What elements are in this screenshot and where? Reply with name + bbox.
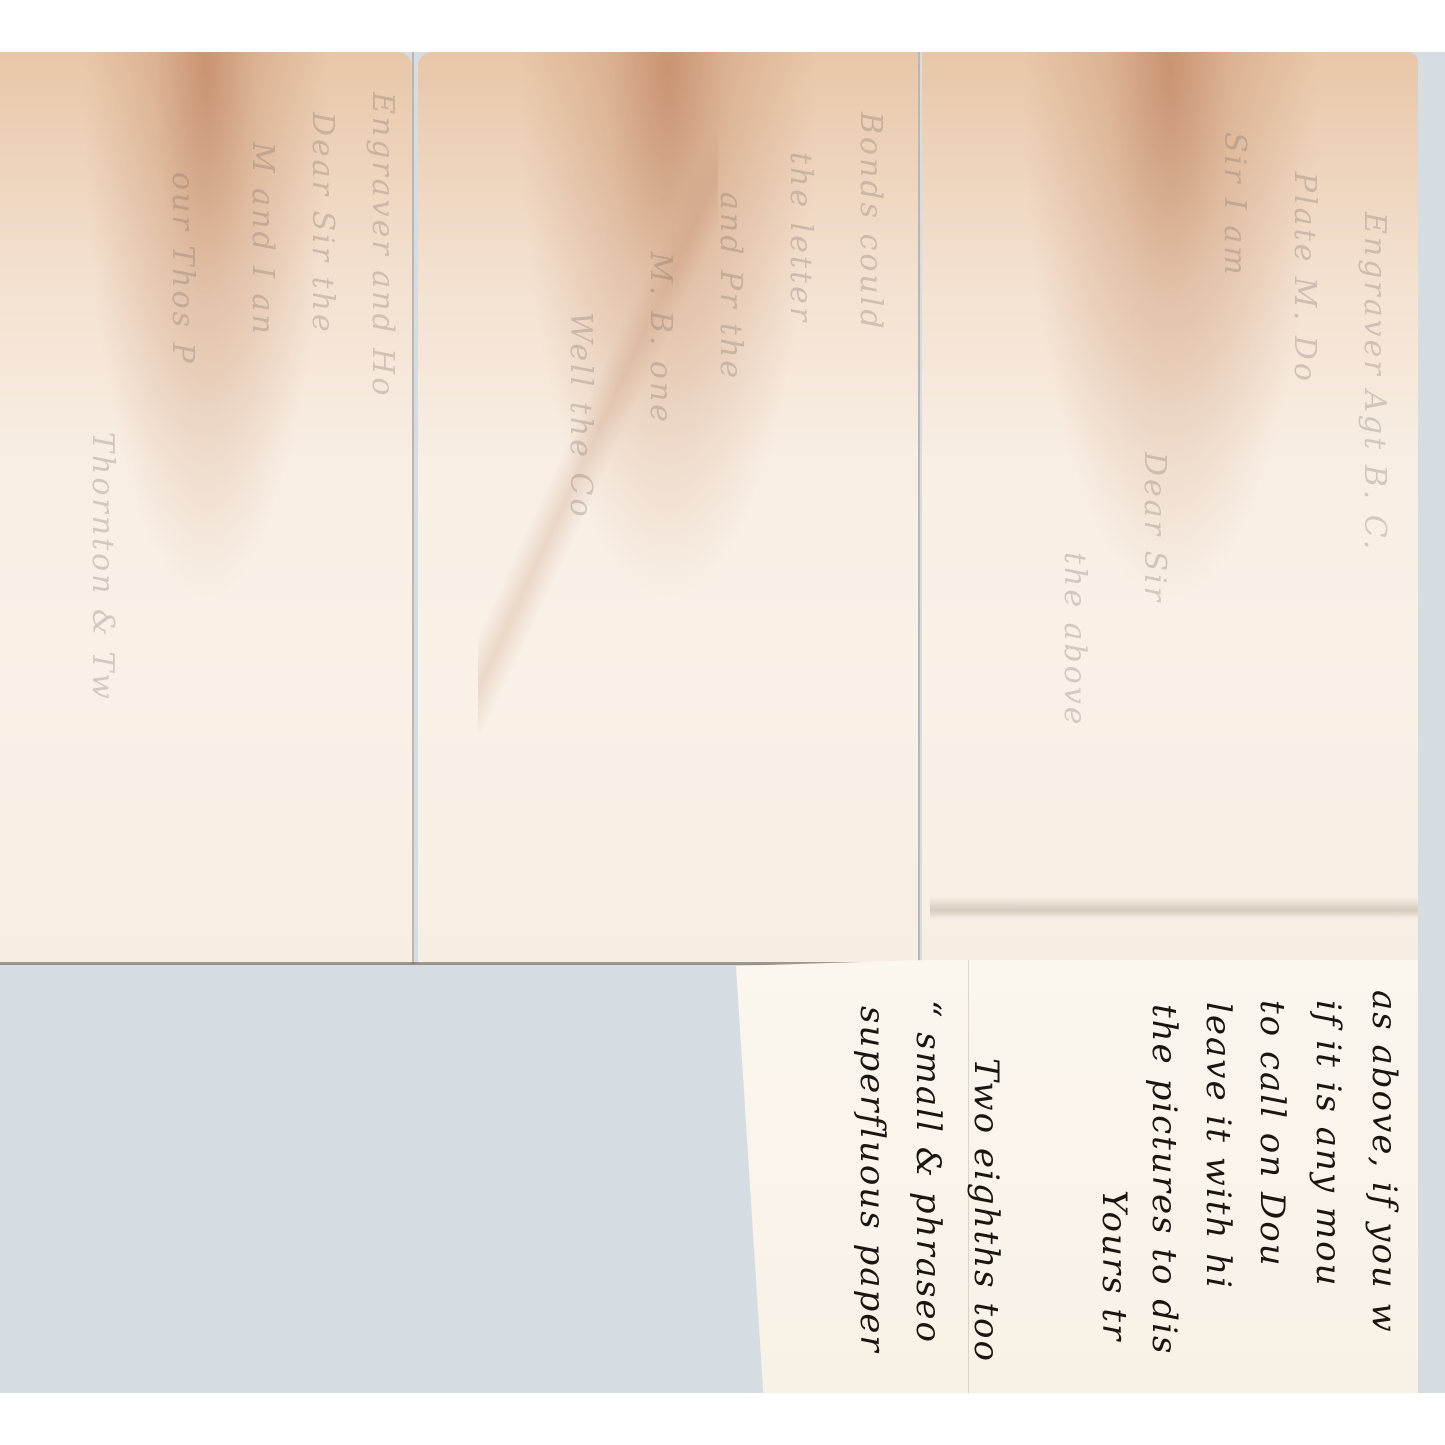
bleed-through-text: M and I an xyxy=(245,142,280,337)
fold-shadow xyxy=(930,897,1418,919)
bleed-through-text: Engraver and Ho xyxy=(365,92,400,398)
folded-letter-sheet: Engraver and Ho Dear Sir the M and I an … xyxy=(0,52,1418,964)
handwritten-line: “ small & phraseo xyxy=(908,1000,948,1344)
bleed-through-text: our Thos P xyxy=(165,172,200,366)
handwritten-line: to call on Dou xyxy=(1252,1000,1292,1268)
bleed-through-text: Bonds could xyxy=(853,112,888,332)
letter-panel-left: Engraver and Ho Dear Sir the M and I an … xyxy=(0,52,412,964)
handwritten-line: the pictures to dis xyxy=(1144,1004,1184,1355)
handwritten-line: superfluous paper xyxy=(852,1006,892,1354)
bleed-through-text: M. B. one xyxy=(643,252,678,425)
bleed-through-text: Sir I am xyxy=(1217,132,1252,278)
signature-line: Yours tr xyxy=(1094,1190,1134,1342)
bleed-through-text: the letter xyxy=(783,152,818,324)
handwritten-line: as above, if you w xyxy=(1364,990,1404,1334)
handwritten-line: Two eighths too xyxy=(966,1058,1006,1363)
letter-panel-right: Engraver Agt B. C. Plate M. Do Sir I am … xyxy=(922,52,1418,964)
bleed-through-text: Dear Sir the xyxy=(305,112,340,335)
handwritten-line: if it is any mou xyxy=(1308,1000,1348,1288)
bleed-through-text: Plate M. Do xyxy=(1287,172,1322,384)
letter-panel-middle: Bonds could the letter and Pr the M. B. … xyxy=(418,52,918,964)
handwritten-note-fragment: as above, if you w if it is any mou to c… xyxy=(736,960,1418,1393)
bleed-through-text: Engraver Agt B. C. xyxy=(1357,212,1392,552)
bleed-through-text: Dear Sir xyxy=(1137,452,1172,604)
bleed-through-text: Well the Co xyxy=(563,312,598,520)
bleed-through-text: and Pr the xyxy=(713,192,748,381)
bleed-through-text: Thornton & Tw xyxy=(85,432,120,702)
fold-crease xyxy=(918,52,920,964)
fold-crease xyxy=(412,52,414,964)
bleed-through-text: the above xyxy=(1057,552,1092,728)
handwritten-line: leave it with hi xyxy=(1198,1002,1238,1290)
